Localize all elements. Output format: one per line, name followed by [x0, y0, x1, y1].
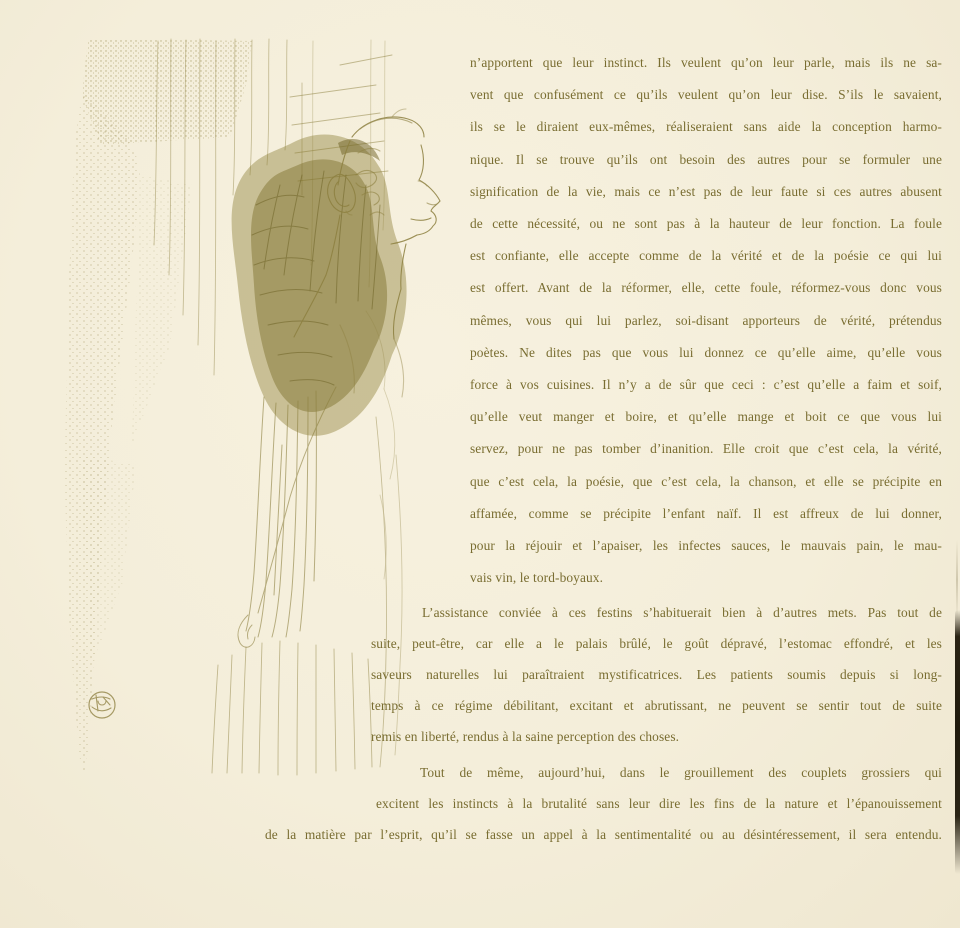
book-page: n’apportent que leur instinct. Ils veule… — [0, 0, 960, 928]
paragraph-block-2: L’assistance conviée à ces festins s’hab… — [371, 597, 942, 752]
text-line: L’assistance conviée à ces festins s’hab… — [371, 597, 942, 628]
dark-drape-mass — [232, 134, 407, 435]
paragraph-block-3: Tout de même, aujourd’hui, dans le groui… — [265, 757, 942, 850]
text-line: signification de la vie, mais ce n’est p… — [470, 176, 942, 208]
face-profile — [391, 145, 440, 244]
text-line: vent que confusément ce qu’ils veulent q… — [470, 79, 942, 111]
text-line: servez, pour ne pas tomber d’inanition. … — [470, 433, 942, 465]
paragraph-block-1: n’apportent que leur instinct. Ils veule… — [470, 47, 942, 594]
text-line: pour la réjouir et l’apaiser, les infect… — [470, 530, 942, 562]
text-line: remis en liberté, rendus à la saine perc… — [371, 721, 942, 752]
artist-monogram-icon — [89, 692, 115, 718]
text-line: de la matière par l’esprit, qu’il se fas… — [265, 819, 942, 850]
page-edge-crease — [956, 540, 958, 620]
text-line: vais vin, le tord-boyaux. — [470, 562, 942, 594]
text-line: temps à ce régime débilitant, excitant e… — [371, 690, 942, 721]
text-line: Tout de même, aujourd’hui, dans le groui… — [265, 757, 942, 788]
text-line: excitent les instincts à la brutalité sa… — [265, 788, 942, 819]
text-line: suite, peut-être, car elle a le palais b… — [371, 628, 942, 659]
text-line: mêmes, vous qui lui parlez, soi-disant a… — [470, 305, 942, 337]
text-line: que c’est cela, la poésie, que c’est cel… — [470, 466, 942, 498]
text-line: poètes. Ne dites pas que vous lui donnez… — [470, 337, 942, 369]
text-line: est confiante, elle accepte comme de la … — [470, 240, 942, 272]
text-line: n’apportent que leur instinct. Ils veule… — [470, 47, 942, 79]
text-line: ils se le diraient eux-mêmes, réaliserai… — [470, 111, 942, 143]
text-line: est offert. Avant de la réformer, elle, … — [470, 272, 942, 304]
text-line: saveurs naturelles lui paraîtraient myst… — [371, 659, 942, 690]
text-line: force à vos cuisines. Il n’y a de sûr qu… — [470, 369, 942, 401]
page-edge-shadow — [955, 610, 960, 874]
text-line: qu’elle veut manger et boire, et qu’elle… — [470, 401, 942, 433]
mouth-line — [411, 218, 431, 220]
text-line: nique. Il se trouve qu’ils ont besoin de… — [470, 144, 942, 176]
text-line: de cette nécessité, ou ne sont pas à la … — [470, 208, 942, 240]
hand-sketch — [238, 615, 255, 647]
speckle-column-left — [65, 95, 140, 777]
text-line: affamée, comme se précipite l’enfant naï… — [470, 498, 942, 530]
